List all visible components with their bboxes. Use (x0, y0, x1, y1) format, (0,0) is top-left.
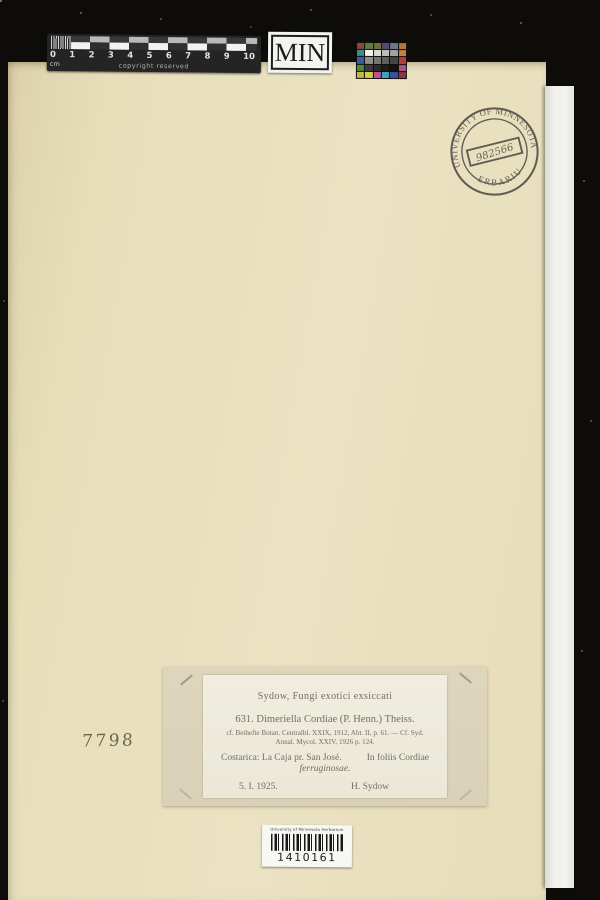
tick-6: 6 (166, 51, 172, 61)
tick-4: 4 (127, 51, 133, 61)
color-patch (399, 72, 406, 78)
tick-3: 3 (108, 51, 114, 61)
mount-slit-mark (179, 788, 192, 799)
color-patch (399, 65, 406, 71)
color-patch (382, 50, 389, 56)
mount-slit-mark (459, 672, 472, 683)
color-patch (390, 50, 397, 56)
color-calibration-card (356, 42, 407, 79)
color-patch (374, 72, 381, 78)
label-collector: H. Sydow (351, 782, 389, 792)
color-patch (399, 50, 406, 56)
mount-slit-mark (180, 674, 193, 685)
scale-bar-copyright: copyright reserved (47, 61, 261, 71)
color-patch (382, 57, 389, 63)
color-patch (390, 43, 397, 49)
color-patch (382, 43, 389, 49)
barcode-label: University of Minnesota Herbarium 141016… (262, 825, 352, 868)
institution-code-tag: MIN (268, 32, 332, 74)
label-date: 5. I. 1925. (239, 782, 278, 792)
dust-speckles (0, 0, 2, 2)
color-patch (374, 57, 381, 63)
label-series-title: Sydow, Fungi exotici exsiccati (203, 691, 447, 702)
scale-bar-mm-hatch (51, 36, 71, 49)
label-mount: Sydow, Fungi exotici exsiccati 631. Dime… (163, 667, 487, 806)
color-patch (357, 72, 364, 78)
color-patch (357, 64, 364, 70)
barcode-number: 1410161 (277, 851, 337, 864)
label-substrate-epithet: ferruginosae. (203, 764, 447, 774)
tick-2: 2 (89, 50, 95, 60)
label-citation-line2: Annal. Mycol. XXIV, 1926 p. 124. (209, 737, 441, 746)
tick-1: 1 (69, 50, 75, 60)
color-patch (382, 65, 389, 71)
tick-0: 0 (50, 50, 56, 60)
color-patch (390, 72, 397, 78)
color-patch (390, 65, 397, 71)
color-patch (365, 43, 372, 49)
color-patch (399, 58, 406, 64)
color-patch (374, 65, 381, 71)
color-patch (357, 50, 364, 56)
color-patch (357, 57, 364, 63)
stamp-accession-number: 982566 (475, 142, 516, 165)
color-patch (365, 57, 372, 63)
color-patch (382, 72, 389, 78)
paper-edge-strip (545, 86, 574, 888)
collection-number-annotation: 7798 (81, 731, 135, 752)
tick-7: 7 (185, 51, 191, 61)
color-patch (399, 43, 406, 49)
tick-8: 8 (204, 52, 210, 62)
specimen-label: Sydow, Fungi exotici exsiccati 631. Dime… (203, 675, 447, 798)
color-patch (365, 72, 372, 78)
color-patch (374, 43, 381, 49)
label-taxon-name: 631. Dimeriella Cordiae (P. Henn.) Theis… (203, 714, 447, 725)
label-locality: Costarica: La Caja pr. San José. (221, 753, 342, 763)
color-patch (365, 64, 372, 70)
institution-code: MIN (275, 37, 326, 67)
institution-code-frame: MIN (271, 35, 329, 71)
label-substrate: In foliis Cordiae (367, 753, 429, 763)
color-patch (374, 50, 381, 56)
color-patch (390, 57, 397, 63)
color-patch (357, 43, 364, 49)
scale-bar: 0 1 2 3 4 5 6 7 8 9 10 cm copyright rese… (47, 34, 261, 73)
barcode (271, 834, 343, 852)
mount-slit-mark (459, 789, 472, 800)
label-citation-line1: cf. Beihefte Botan. Centralbl. XXIX, 191… (209, 728, 441, 737)
tick-10: 10 (243, 52, 255, 62)
herbarium-specimen-photo: 0 1 2 3 4 5 6 7 8 9 10 cm copyright rese… (0, 0, 600, 900)
tick-5: 5 (146, 51, 152, 61)
color-patch (365, 50, 372, 56)
barcode-header-text: University of Minnesota Herbarium (270, 827, 343, 832)
tick-9: 9 (224, 52, 230, 62)
